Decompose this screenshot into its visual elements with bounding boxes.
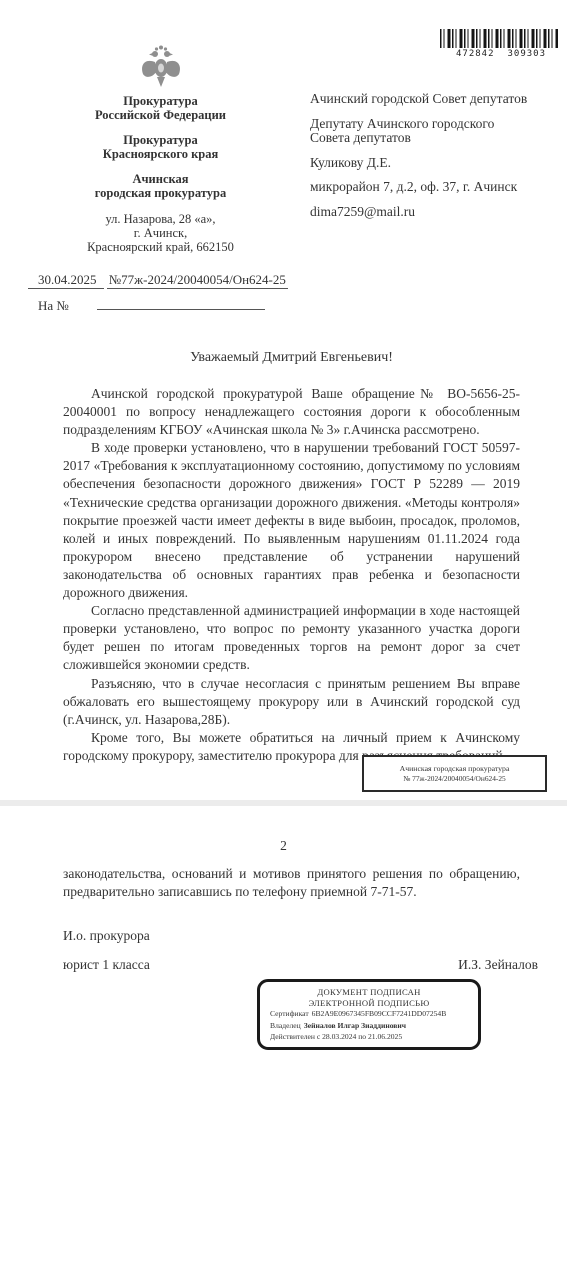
sender-address-line2: г. Ачинск, — [78, 226, 243, 240]
number-value: 77ж-2024/20040054/Он624-25 — [121, 272, 286, 287]
barcode-number-right: 309303 — [507, 49, 546, 59]
sender-org-local-line2: городская прокуратура — [78, 186, 243, 200]
certificate-label: Сертификат — [270, 1009, 309, 1018]
document-number: №77ж-2024/20040054/Он624-25 — [107, 272, 288, 289]
page-number: 2 — [0, 838, 567, 854]
body-paragraph: Разъясняю, что в случае несогласия с при… — [63, 675, 520, 729]
barcode-bars-icon — [440, 29, 558, 48]
registration-stamp-org: Ачинская городская прокуратура — [364, 764, 545, 774]
reply-to-blank-underline — [97, 297, 265, 310]
reference-line: 30.04.2025 №77ж-2024/20040054/Он624-25 — [28, 272, 288, 288]
owner-value: Зейналов Илгар Зиаддинович — [304, 1021, 406, 1030]
sender-address: ул. Назарова, 28 «а», г. Ачинск, Красноя… — [78, 212, 243, 254]
reply-to-line: На № — [38, 297, 265, 314]
barcode-numbers: 472842 309303 — [440, 48, 560, 59]
sender-org-region-line2: Красноярского края — [78, 147, 243, 161]
body-paragraph: законодательства, оснований и мотивов пр… — [63, 865, 520, 901]
owner-label: Владелец — [270, 1021, 301, 1030]
esignature-validity: Действителен с 28.03.2024 по 21.06.2025 — [270, 1032, 468, 1043]
recipient-organization: Ачинский городской Совет депутатов — [310, 92, 528, 107]
sender-org-local-line1: Ачинская — [78, 172, 243, 186]
registration-stamp: Ачинская городская прокуратура № 77ж-202… — [362, 755, 547, 792]
recipient-block: Ачинский городской Совет депутатов Депут… — [310, 92, 528, 229]
sender-org-federal-line1: Прокуратура — [78, 94, 243, 108]
signer-position-line1: И.о. прокурора — [63, 928, 150, 944]
letter-body-page2: законодательства, оснований и мотивов пр… — [63, 865, 520, 901]
esignature-title-line2: ЭЛЕКТРОННОЙ ПОДПИСЬЮ — [270, 998, 468, 1009]
recipient-address: микрорайон 7, д.2, оф. 37, г. Ачинск — [310, 180, 528, 195]
sender-address-line3: Красноярский край, 662150 — [78, 240, 243, 254]
number-sign: № — [109, 272, 121, 287]
document-date: 30.04.2025 — [28, 272, 104, 289]
coat-of-arms-icon — [136, 44, 186, 88]
body-paragraph: Ачинской городской прокуратурой Ваше обр… — [63, 385, 520, 439]
sender-block: Прокуратура Российской Федерации Прокура… — [78, 44, 243, 254]
recipient-title: Депутату Ачинского городского Совета деп… — [310, 117, 528, 146]
signer-position-line2: юрист 1 класса — [63, 957, 150, 973]
esignature-stamp: ДОКУМЕНТ ПОДПИСАН ЭЛЕКТРОННОЙ ПОДПИСЬЮ С… — [257, 979, 481, 1050]
recipient-email: dima7259@mail.ru — [310, 205, 528, 220]
signature-row: юрист 1 класса И.З. Зейналов — [63, 957, 538, 973]
body-paragraph: В ходе проверки установлено, что в наруш… — [63, 439, 520, 602]
salutation: Уважаемый Дмитрий Евгеньевич! — [63, 350, 520, 366]
esignature-title-line1: ДОКУМЕНТ ПОДПИСАН — [270, 987, 468, 998]
registration-barcode: 472842 309303 — [440, 29, 560, 59]
registration-stamp-number: № 77ж-2024/20040054/Он624-25 — [364, 774, 545, 784]
esignature-owner: ВладелецЗейналов Илгар Зиаддинович — [270, 1021, 468, 1032]
barcode-number-left: 472842 — [456, 49, 495, 59]
reply-to-label: На № — [38, 298, 69, 313]
page-divider — [0, 800, 567, 806]
sender-org-local: Ачинская городская прокуратура — [78, 172, 243, 200]
certificate-value: 6B2A9E0967345FB09CCF7241DD07254B — [312, 1009, 447, 1018]
sender-address-line1: ул. Назарова, 28 «а», — [78, 212, 243, 226]
scanned-letter-document: 472842 309303 — [0, 0, 567, 1280]
signer-name: И.З. Зейналов — [458, 957, 538, 973]
sender-org-federal: Прокуратура Российской Федерации — [78, 94, 243, 122]
sender-org-region-line1: Прокуратура — [78, 133, 243, 147]
recipient-name: Куликову Д.Е. — [310, 156, 528, 171]
sender-org-federal-line2: Российской Федерации — [78, 108, 243, 122]
body-paragraph: Согласно представленной администрацией и… — [63, 602, 520, 674]
letter-body: Ачинской городской прокуратурой Ваше обр… — [63, 385, 520, 765]
esignature-certificate: Сертификат6B2A9E0967345FB09CCF7241DD0725… — [270, 1009, 468, 1020]
sender-org-region: Прокуратура Красноярского края — [78, 133, 243, 161]
